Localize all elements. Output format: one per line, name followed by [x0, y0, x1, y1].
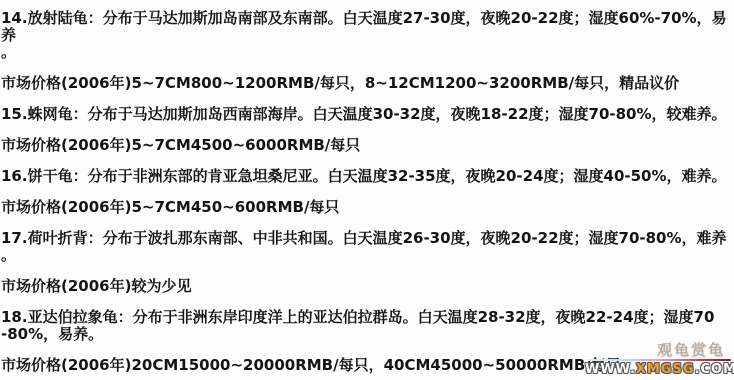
- url-tld-part: .COM: [695, 362, 734, 377]
- url-domain-part: XMGSG: [636, 362, 695, 377]
- entry-17-description: 17.荷叶折背：分布于波扎那东南部、中非共和国。白天温度26-30度，夜晚20-…: [1, 230, 733, 264]
- watermark-rainbow-divider: [585, 359, 731, 361]
- watermark-logo-text: 观龟赏龟: [585, 342, 731, 358]
- turtle-care-document: 14.放射陆龟：分布于马达加斯加岛南部及东南部。白天温度27-30度，夜晚20-…: [1, 10, 733, 380]
- entry-15-description: 15.蛛网龟：分布于马达加斯加岛西南部海岸。白天温度30-32度，夜晚18-22…: [1, 106, 733, 123]
- url-www-part: WWW.: [585, 362, 636, 377]
- watermark-site-url: WWW.XMGSG.COM: [585, 362, 731, 378]
- entry-16-price: 市场价格(2006年)5~7CM450~600RMB/每只: [1, 199, 733, 216]
- entry-17-price: 市场价格(2006年)较为少见: [1, 278, 733, 295]
- entry-16-description: 16.饼干龟：分布于非洲东部的肯亚急坦桑尼亚。白天温度32-35度，夜晚20-2…: [1, 168, 733, 185]
- entry-14-description: 14.放射陆龟：分布于马达加斯加岛南部及东南部。白天温度27-30度，夜晚20-…: [1, 10, 733, 61]
- entry-18-description: 18.亚达伯拉象龟：分布于非洲东岸印度洋上的亚达伯拉群岛。白天温度28-32度，…: [1, 309, 733, 343]
- site-watermark: 观龟赏龟 WWW.XMGSG.COM: [585, 342, 731, 378]
- entry-14-price: 市场价格(2006年)5~7CM800~1200RMB/每只，8~12CM120…: [1, 75, 733, 92]
- entry-15-price: 市场价格(2006年)5~7CM4500~6000RMB/每只: [1, 137, 733, 154]
